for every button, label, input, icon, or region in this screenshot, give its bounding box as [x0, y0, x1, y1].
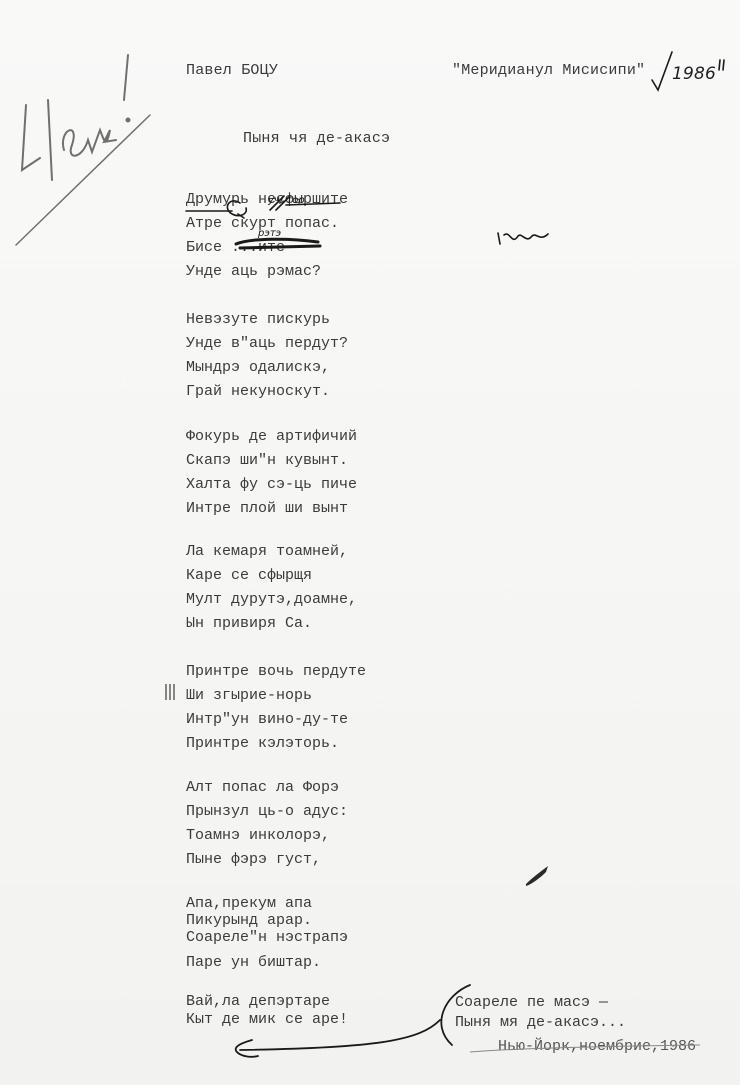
year-handwritten: 1986	[672, 64, 716, 84]
verse-line: Ши згырие-норь	[186, 684, 366, 708]
verse-line: Фокурь де артифичий	[186, 425, 357, 449]
verse-line: Невэзуте пискурь	[186, 308, 348, 332]
verse-line: Друмурь несфыршите	[186, 188, 348, 212]
verse-line: Принтре вочь пердуте	[186, 660, 366, 684]
verse-line: Грай некуноскут.	[186, 380, 348, 404]
verse-line: Апа,прекум апа	[186, 895, 348, 912]
verse-line: Интре плой ши вынт	[186, 497, 357, 521]
closing-left: Вай,ла депэртаре Кыт де мик се аре!	[186, 993, 348, 1029]
stanza-7: Апа,прекум апа Пикурынд арар. Соареле"н …	[186, 895, 348, 971]
verse-line: Тоамнэ инколорэ,	[186, 824, 348, 848]
closing-right: Соареле пе масэ — Пыня мя де-акасэ...	[455, 993, 626, 1033]
verse-line: Пыня мя де-акасэ...	[455, 1013, 626, 1033]
verse-line: Кыт де мик се аре!	[186, 1011, 348, 1029]
verse-line: Ла кемаря тоамней,	[186, 540, 357, 564]
verse-line: Бисе ...ите	[186, 236, 348, 260]
verse-line: Прынзул ць-о адус:	[186, 800, 348, 824]
verse-line: Скапэ ши"н кувынт.	[186, 449, 357, 473]
verse-line: Каре се сфырщя	[186, 564, 357, 588]
verse-line: Пикурынд арар.	[186, 912, 348, 929]
verse-line: Алт попас ла Форэ	[186, 776, 348, 800]
stanza-6: Алт попас ла Форэ Прынзул ць-о адус: Тоа…	[186, 776, 348, 872]
verse-line: Атре скурт попас.	[186, 212, 348, 236]
verse-line: Унде аць рэмас?	[186, 260, 348, 284]
verse-line: Интр"ун вино-ду-те	[186, 708, 366, 732]
document-page: Павел БОЦУ "Меридианул Мисисипи" 1986 Пы…	[0, 0, 740, 1085]
pencil-mark-icon	[166, 684, 174, 700]
journal-name: "Меридианул Мисисипи"	[452, 62, 645, 79]
verse-line: Унде в"аць пердут?	[186, 332, 348, 356]
stanza-4: Ла кемаря тоамней, Каре се сфырщя Мулт д…	[186, 540, 357, 636]
verse-line: Халта фу сэ-ць пиче	[186, 473, 357, 497]
verse-line: Принтре кэлэторь.	[186, 732, 366, 756]
stanza-1: Друмурь несфыршите Атре скурт попас. Бис…	[186, 188, 348, 284]
ink-blot-icon	[526, 866, 548, 886]
handwritten-annotations: уч/ тор рэтэ	[0, 0, 740, 1085]
place-date: Нью-Йорк,ноембрие,1986	[498, 1038, 696, 1055]
verse-line: Вай,ла депэртаре	[186, 993, 348, 1011]
author-name: Павел БОЦУ	[186, 62, 278, 79]
poem-title: Пыня чя де-акасэ	[243, 130, 390, 147]
verse-line: Паре ун биштар.	[186, 954, 348, 971]
margin-note-icon	[16, 55, 150, 245]
stanza-5: Принтре вочь пердуте Ши згырие-норь Интр…	[186, 660, 366, 756]
verse-line: Ын привиря Са.	[186, 612, 357, 636]
verse-line: Соареле пе масэ —	[455, 993, 626, 1013]
stanza-3: Фокурь де артифичий Скапэ ши"н кувынт. Х…	[186, 425, 357, 521]
verse-line: Соареле"н нэстрапэ	[186, 929, 348, 946]
verse-line: Мулт дурутэ,доамне,	[186, 588, 357, 612]
verse-line: Пыне фэрэ густ,	[186, 848, 348, 872]
stanza-2: Невэзуте пискурь Унде в"аць пердут? Мынд…	[186, 308, 348, 404]
verse-line: Мындрэ одалискэ,	[186, 356, 348, 380]
